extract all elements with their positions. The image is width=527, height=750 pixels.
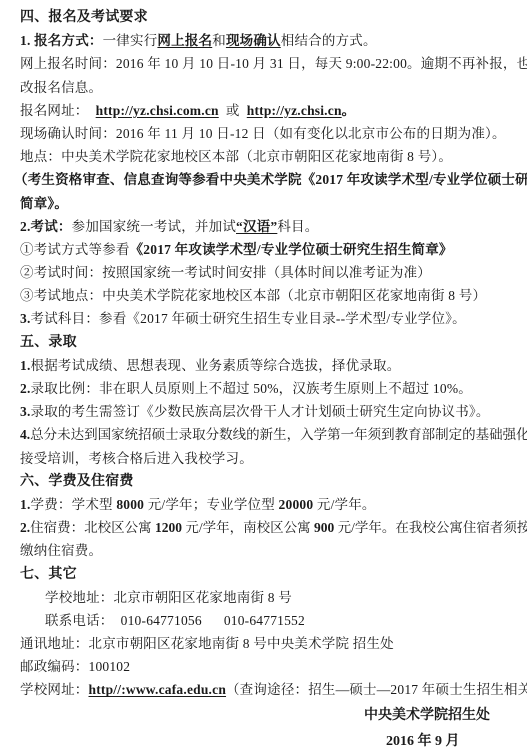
section4-heading: 四、报名及考试要求 [20,6,520,29]
section7-heading: 七、其它 [20,563,520,586]
website-label: 学校网址： [20,682,89,697]
emphasis-online-registration: 网上报名 [157,33,212,48]
or-text: 或 [226,103,240,118]
registration-method: 1. 报名方式：一律实行网上报名和现场确认相结合的方式。 [20,29,520,52]
text: 一律实行 [103,33,158,48]
admission-item-2: 2.录取比例：非在职人员原则上不超过 50%，汉族考生原则上不超过 10%。 [20,377,520,400]
tuition-fee: 1.学费：学术型 8000 元/学年；专业学位型 20000 元/学年。 [20,493,520,516]
onsite-location: 地点：中央美术学院花家地校区本部（北京市朝阳区花家地南街 8 号）。 [20,145,520,168]
admission-item-3: 3.录取的考生需签订《少数民族高层次骨干人才计划硕士研究生定向协议书》。 [20,400,520,423]
online-registration-time-cont: 改报名信息。 [20,76,520,99]
academic-fee: 8000 [116,497,144,512]
north-campus-fee: 1200 [155,520,182,535]
lodging-fee: 2.住宿费：北校区公寓 1200 元/学年，南校区公寓 900 元/学年。在我校… [20,516,520,539]
exam-subjects: 3.考试科目：参看《2017 年硕士研究生招生专业目录--学术型/专业学位》。 [20,307,520,330]
link-yz-chsi-cn[interactable]: http://yz.chsi.cn [247,103,342,118]
registration-urls: 报名网址： http://yz.chsi.com.cn 或 http://yz.… [20,99,520,122]
text: 相结合的方式。 [281,33,377,48]
lodging-fee-cont: 缴纳住宿费。 [20,539,520,562]
item-number: 3. [20,404,31,419]
item-number: 2. [20,381,31,396]
text: 科目。 [277,219,318,234]
item-number: 1. [20,497,31,512]
exam-requirement: 2.考试：参加国家统一考试，并加试“汉语”科目。 [20,215,520,238]
emphasis-onsite-confirmation: 现场确认 [226,33,281,48]
school-website: 学校网址：http//:www.cafa.edu.cn（查询途径：招生—硕士—2… [20,678,520,701]
text: 和 [212,33,226,48]
mailing-address: 通讯地址：北京市朝阳区花家地南街 8 号中央美术学院 招生处 [20,632,520,655]
exam-method: ①考试方式等参看《2017 年攻读学术型/专业学位硕士研究生招生简章》 [20,238,520,261]
qualification-note-cont: 简章》。 [20,192,520,215]
text: 录取比例：非在职人员原则上不超过 50%，汉族考生原则上不超过 10%。 [31,381,472,396]
text: 参加国家统一考试，并加试 [72,219,236,234]
item-number: 2. [20,520,30,535]
exam-time: ②考试时间：按照国家统一考试时间安排（具体时间以准考证为准） [20,261,520,284]
exam-place: ③考试地点：中央美术学院花家地校区本部（北京市朝阳区花家地南街 8 号） [20,284,520,307]
qualification-note: （考生资格审查、信息查询等参看中央美术学院《2017 年攻读学术型/专业学位硕士… [14,168,520,191]
link-yz-chsi-com-cn[interactable]: http://yz.chsi.com.cn [96,103,219,118]
text: ①考试方式等参看 [20,242,130,257]
text: 学费：学术型 [31,497,113,512]
onsite-confirmation-time: 现场确认时间：2016 年 11 月 10 日-12 日（如有变化以北京市公布的… [20,122,520,145]
contact-phone: 联系电话： 010-64771056010-64771552 [20,609,520,632]
text: 住宿费：北校区公寓 [30,520,152,535]
text: 。 [342,103,356,118]
text: 总分未达到国家统招硕士录取分数线的新生，入学第一年须到教育部制定的基础强化培训基… [30,427,527,442]
brochure-title: 《2017 年攻读学术型/专业学位硕士研究生招生简章》 [130,242,453,257]
emphasis-chinese-subject: “汉语” [236,219,277,234]
south-campus-fee: 900 [314,520,334,535]
text: 元/学年。 [317,497,376,512]
admission-item-1: 1.根据考试成绩、思想表现、业务素质等综合选拔，择优录取。 [20,354,520,377]
signature-org: 中央美术学院招生处 [364,704,490,724]
admission-item-4: 4.总分未达到国家统招硕士录取分数线的新生，入学第一年须到教育部制定的基础强化培… [20,423,520,446]
document-body: 四、报名及考试要求 1. 报名方式：一律实行网上报名和现场确认相结合的方式。 网… [20,6,520,702]
signature-date: 2016 年 9 月 [386,730,460,750]
link-cafa-website[interactable]: http//:www.cafa.edu.cn [89,682,227,697]
admission-item-4-cont: 接受培训，考核合格后进入我校学习。 [20,447,520,470]
phone-number-2: 010-64771552 [224,613,305,628]
text: 元/学年。在我校公寓住宿者须按管理规定 [338,520,527,535]
phone-number-1: 010-64771056 [121,613,202,628]
item-label: 2.考试： [20,219,72,234]
postal-code: 邮政编码：100102 [20,655,520,678]
url-label: 报名网址： [20,103,89,118]
item-number: 1. [20,358,31,373]
section6-heading: 六、学费及住宿费 [20,470,520,493]
text: 考试科目：参看《2017 年硕士研究生招生专业目录--学术型/专业学位》。 [31,311,466,326]
item-number: 3. [20,311,31,326]
text: 录取的考生需签订《少数民族高层次骨干人才计划硕士研究生定向协议书》。 [31,404,490,419]
section5-heading: 五、录取 [20,331,520,354]
text: 根据考试成绩、思想表现、业务素质等综合选拔，择优录取。 [31,358,401,373]
professional-fee: 20000 [279,497,314,512]
text: 元/学年；专业学位型 [148,497,275,512]
item-label: 1. 报名方式： [20,33,103,48]
online-registration-time: 网上报名时间：2016 年 10 月 10 日-10 月 31 日，每天 9:0… [20,52,520,75]
text: 元/学年，南校区公寓 [185,520,310,535]
school-address: 学校地址：北京市朝阳区花家地南街 8 号 [20,586,520,609]
item-number: 4. [20,427,30,442]
website-note: （查询途径：招生—硕士—2017 年硕士生招生相关信息） [226,682,527,697]
phone-label: 联系电话： [45,613,114,628]
